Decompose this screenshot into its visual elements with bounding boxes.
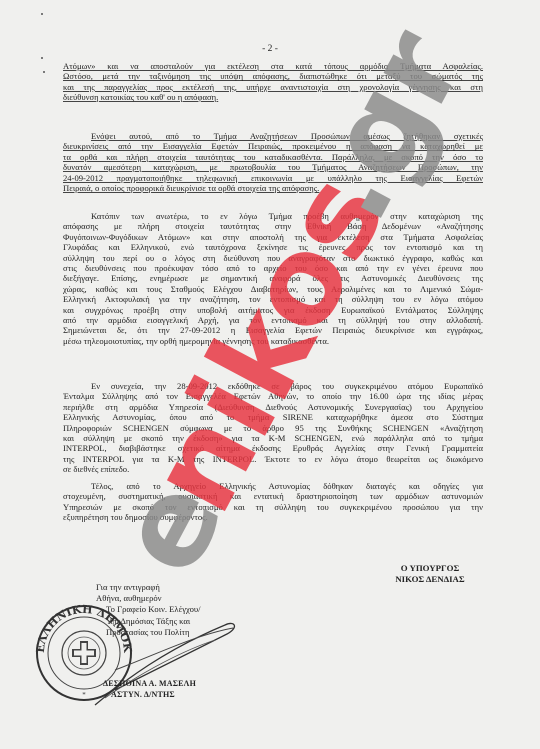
paragraph-line: Ελληνικής Αστυνομίας, όπου από το τμήμα … (63, 412, 483, 422)
paragraph-line: Φυγόποινων-Φυγόδικων Ατόμων» και στην απ… (63, 232, 483, 242)
paragraph-line: και της παραγγελίας προς εκτέλεσή της, υ… (63, 82, 483, 92)
paragraph-line: και σύλληψη με σκοπό την έκδοση» για τα … (63, 433, 483, 443)
paragraph-line: εξυπηρέτηση του δημοσίου συμφέροντος. (63, 512, 483, 522)
paragraph-2: Ενόψει αυτού, από το Τμήμα Αναζητήσεων Π… (63, 131, 483, 193)
paragraph-4: Εν συνεχεία, την 28-09-2012 εκδόθηκε σε … (63, 381, 483, 475)
cert-line: Για την αντιγραφή (96, 582, 201, 593)
paragraph-5: Τέλος, από το Αρχηγείο Ελληνικής Αστυνομ… (63, 481, 483, 523)
paragraph-line: περιήλθε στη αρμόδια Υπηρεσία (Διεύθυνση… (63, 402, 483, 412)
paragraph-line: Τέλος, από το Αρχηγείο Ελληνικής Αστυνομ… (63, 481, 483, 491)
paragraph-line: στοχευμένη, συστηματική, ουσιαστική και … (63, 491, 483, 501)
paragraph-1: Ατόμων» και να αποσταλούν για εκτέλεση σ… (63, 61, 483, 103)
certifier-block: ΔΕΣΠΟΙΝΑ Α. ΜΑΣΕΛΗ ΑΣΤΥΝ. Δ/ΝΤΗΣ (103, 679, 196, 700)
paragraph-line: σε διεθνές επίπεδο. (63, 464, 483, 474)
paragraph-line: τα ορθά και πλήρη στοιχεία ταυτότητας το… (63, 152, 483, 162)
paragraph-line: απόφασης με πλήρη στοιχεία ταυτότητας στ… (63, 221, 483, 231)
paragraph-line: Υπηρεσιών με σκοπό τον εντοπισμό και τη … (63, 502, 483, 512)
paragraph-line: Σημειώνεται δε, ότι την 27-09-2012 η Εισ… (63, 325, 483, 335)
paragraph-line: μέσω τηλεομοιοτυπίας, την ορθή ημερομηνί… (63, 336, 483, 346)
minister-name: ΝΙΚΟΣ ΔΕΝΔΙΑΣ (360, 574, 500, 585)
minister-title: Ο ΥΠΟΥΡΓΟΣ (360, 563, 500, 574)
paragraph-line: σύλληψη του περί ου ο λόγος στη διεύθυνσ… (63, 253, 483, 263)
document-page: - 2 - Ατόμων» και να αποσταλούν για εκτέ… (0, 0, 540, 749)
scan-speck (41, 13, 43, 15)
scan-speck (43, 71, 45, 73)
paragraph-line: διεύθυνση κατοικίας του καθ' ου η απόφασ… (63, 92, 483, 102)
page-number: - 2 - (0, 44, 540, 54)
svg-text:e: e (90, 458, 251, 595)
paragraph-line: της INTERPOL για τα Κ-Μ της INTERPOL. Έκ… (63, 454, 483, 464)
certifier-rank: ΑΣΤΥΝ. Δ/ΝΤΗΣ (103, 690, 196, 701)
paragraph-line: από την αρμόδια εισαγγελική Αρχή, για το… (63, 315, 483, 325)
paragraph-line: Ωστόσο, μετά την ταξινόμηση της υπόψη απ… (63, 71, 483, 81)
paragraph-line: 24-09-2012 πραγματοποιήθηκε τηλεφωνική ε… (63, 173, 483, 183)
paragraph-line: Πληροφοριών SCHENGEN σύμφωνα με το άρθρο… (63, 423, 483, 433)
paragraph-line: χώρας, καθώς και τους Σταθμούς Ελέγχου Δ… (63, 284, 483, 294)
paragraph-line: Πειραιά, ο οποίος προφορικά διευκρίνισε … (63, 183, 483, 193)
paragraph-line: Ελληνική Ακτοφυλακή για την αναζήτηση, τ… (63, 294, 483, 304)
paragraph-line: Ενόψει αυτού, από το Τμήμα Αναζητήσεων Π… (63, 131, 483, 141)
paragraph-line: Γλυφάδας και Ελληνικού, ενώ ταυτόχρονα ξ… (63, 242, 483, 252)
paragraph-line: Ένταλμα Σύλληψης από τον Εισαγγελέα Εφετ… (63, 391, 483, 401)
paragraph-line: διεξήγαγε. Επίσης, ενημέρωσε με σημαντικ… (63, 273, 483, 283)
paragraph-line: Εν συνεχεία, την 28-09-2012 εκδόθηκε σε … (63, 381, 483, 391)
certifier-name: ΔΕΣΠΟΙΝΑ Α. ΜΑΣΕΛΗ (103, 679, 196, 690)
minister-signature-block: Ο ΥΠΟΥΡΓΟΣ ΝΙΚΟΣ ΔΕΝΔΙΑΣ (360, 563, 500, 585)
paragraph-line: INTERPOL, διαβιβάστηκε σχετικό αίτημα έκ… (63, 443, 483, 453)
paragraph-line: Ατόμων» και να αποσταλούν για εκτέλεση σ… (63, 61, 483, 71)
paragraph-3: Κατόπιν των ανωτέρω, το εν λόγω Τμήμα πρ… (63, 211, 483, 346)
paragraph-line: στις διευθύνσεις που προέκυψαν τόσο από … (63, 263, 483, 273)
paragraph-line: δυνατόν αμεσότερη καταχώριση, με πρωτοβο… (63, 162, 483, 172)
paragraph-line: διευκρινίσεις από την Εισαγγελία Εφετών … (63, 141, 483, 151)
paragraph-line: Κατόπιν των ανωτέρω, το εν λόγω Τμήμα πρ… (63, 211, 483, 221)
scan-speck (41, 57, 43, 59)
paragraph-line: και συγχρόνως προέβη στην υποβολή αιτήμα… (63, 305, 483, 315)
